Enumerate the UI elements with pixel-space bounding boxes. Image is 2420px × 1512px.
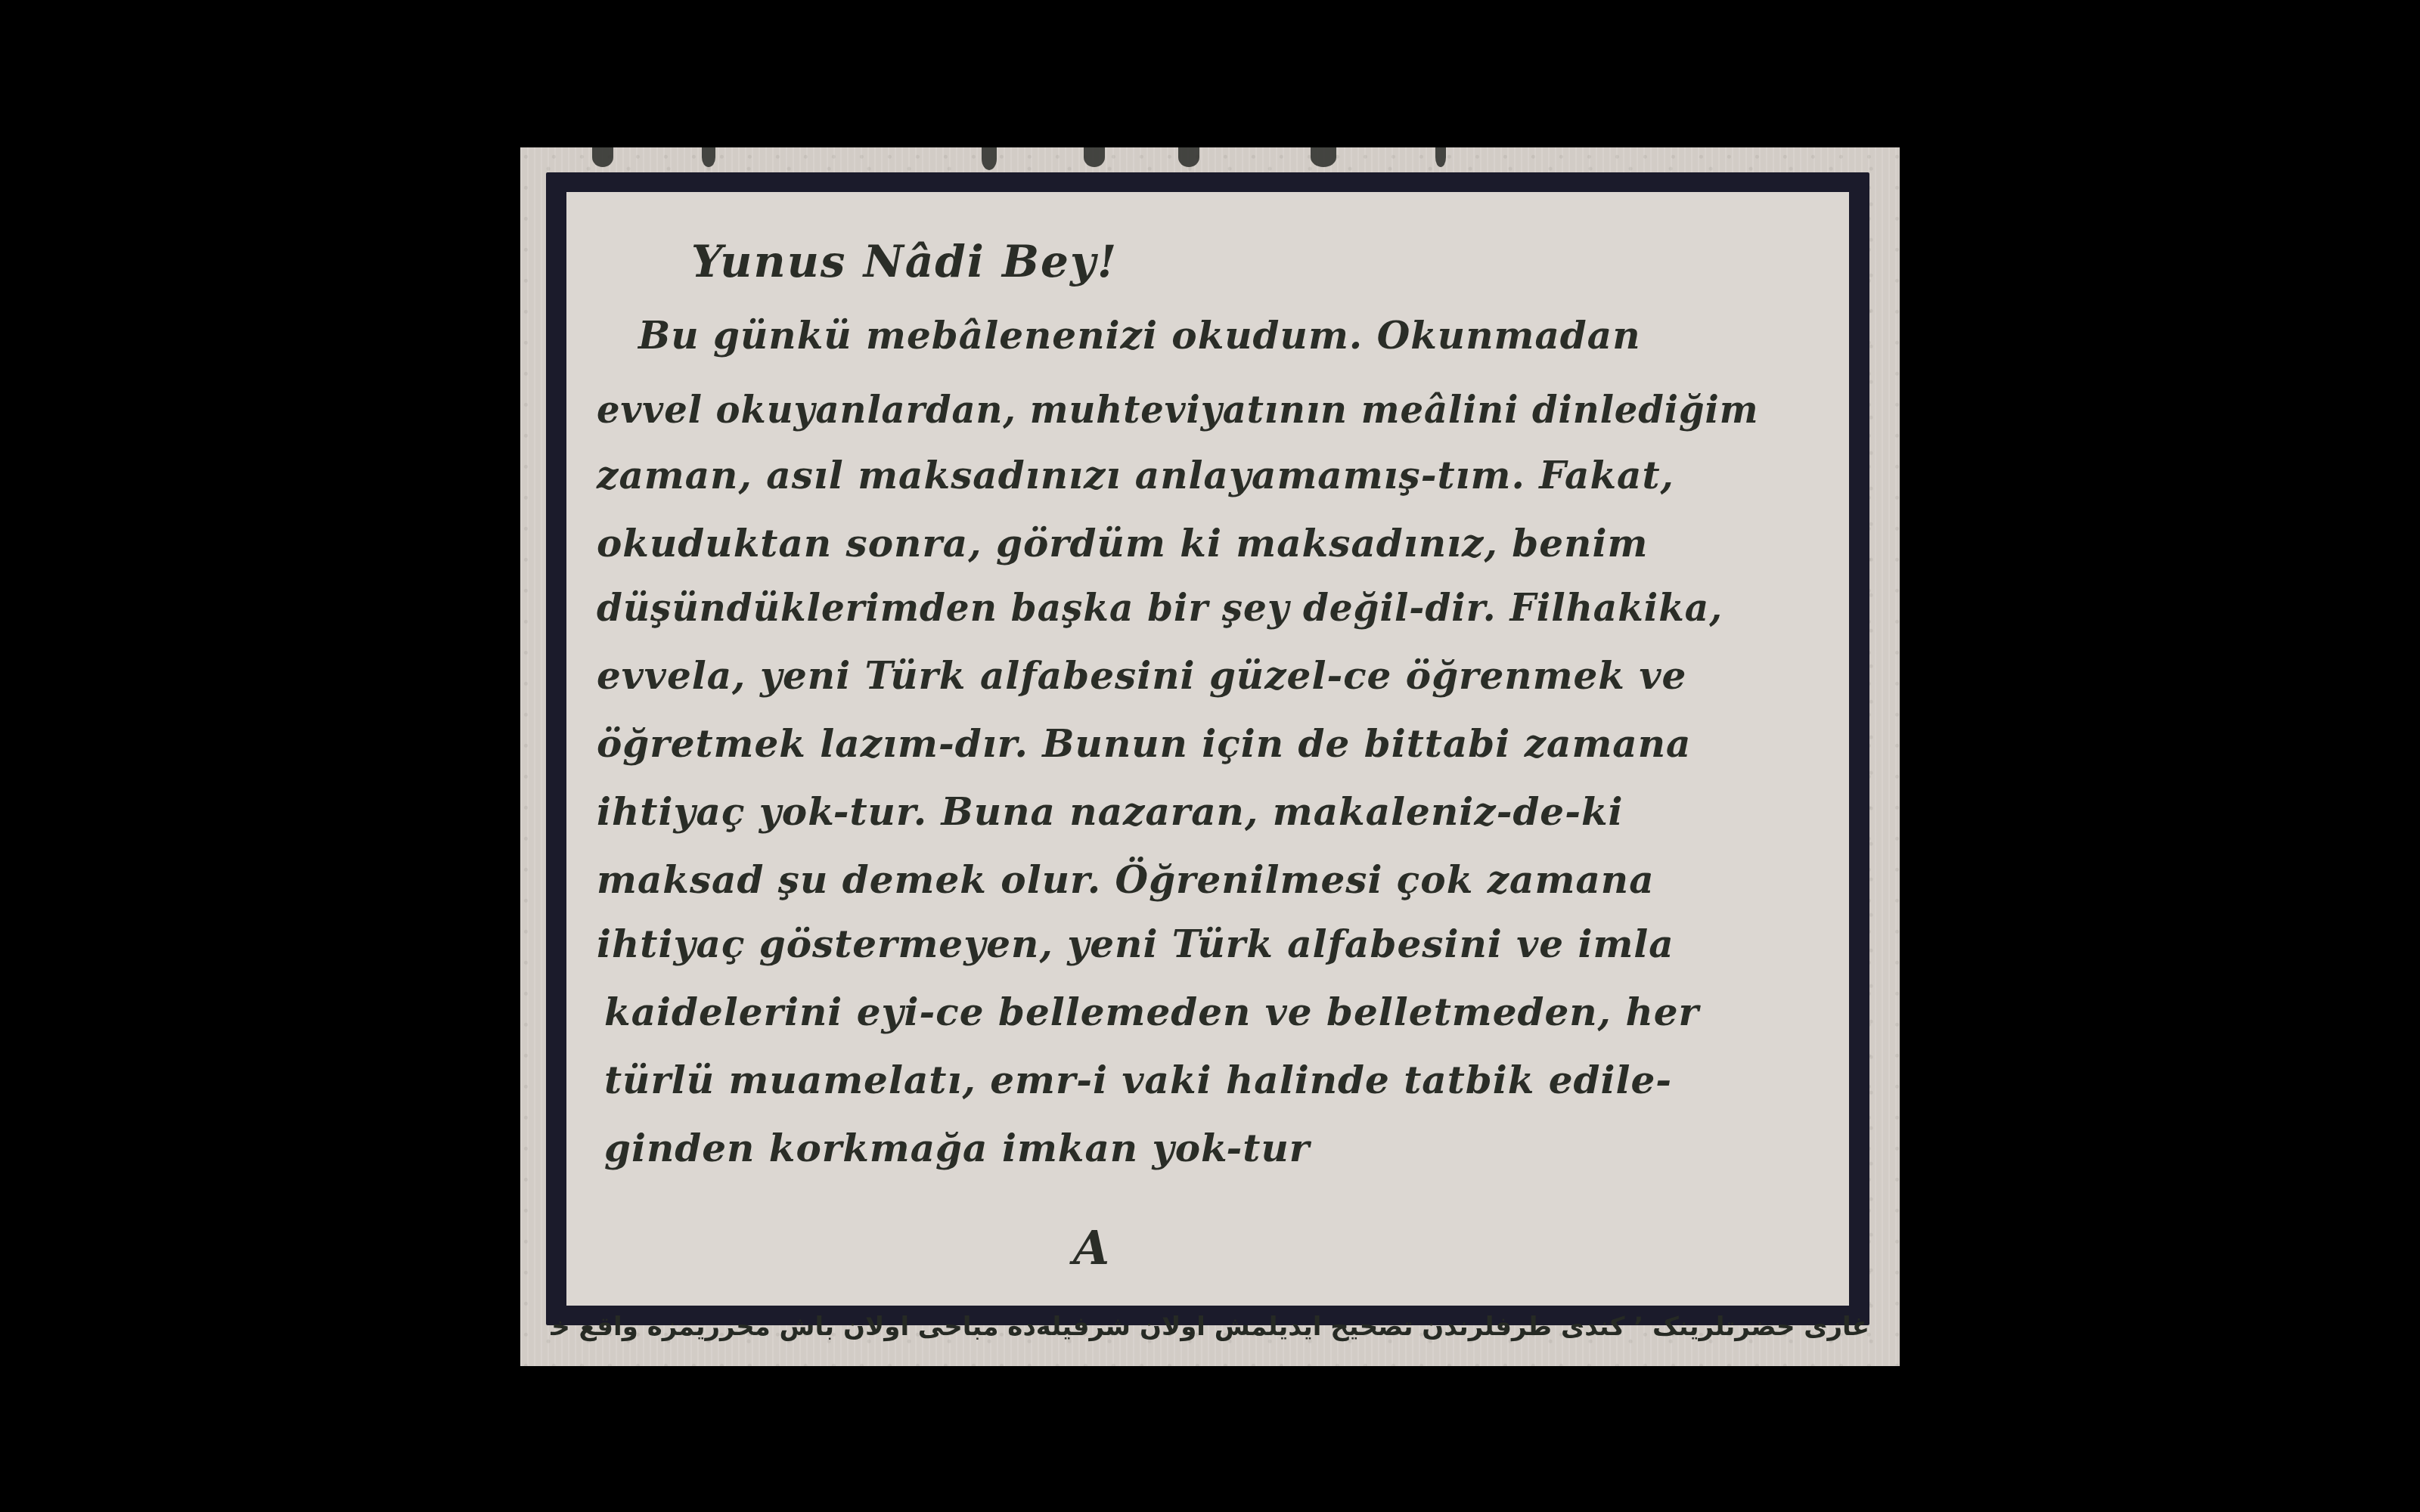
letter-line: düşündüklerimden başka bir şey değil-dir…: [597, 585, 1723, 630]
handwritten-letter: Yunus Nâdi Bey! Bu günkü mebâlenenizi ok…: [566, 192, 1849, 1306]
letter-line: ihtiyaç göstermeyen, yeni Türk alfabesin…: [597, 922, 1674, 966]
letter-line: evvela, yeni Türk alfabesini güzel-ce öğ…: [597, 653, 1686, 698]
viewer-stage: Yunus Nâdi Bey! Bu günkü mebâlenenizi ok…: [0, 0, 2420, 1512]
letter-line: öğretmek lazım-dır. Bunun için de bittab…: [597, 721, 1692, 766]
letter-line: okuduktan sonra, gördüm ki maksadınız, b…: [597, 521, 1648, 565]
letter-line: zaman, asıl maksadınızı anlayamamış-tım.…: [597, 453, 1674, 497]
cut-off-headline-remnants: [520, 147, 1900, 170]
newspaper-page: Yunus Nâdi Bey! Bu günkü mebâlenenizi ok…: [520, 147, 1900, 1366]
signature: A: [1073, 1220, 1109, 1275]
letter-line: evvel okuyanlardan, muhteviyatının meâli…: [597, 387, 1759, 432]
letter-frame: Yunus Nâdi Bey! Bu günkü mebâlenenizi ok…: [546, 172, 1869, 1325]
ottoman-caption: غازی حضرتلرینک ٬ کندی طرفلرندن تصحیح اید…: [551, 1312, 1869, 1357]
letter-line: Bu günkü mebâlenenizi okudum. Okunmadan: [638, 313, 1641, 358]
letter-line: maksad şu demek olur. Öğrenilmesi çok za…: [597, 857, 1655, 902]
letter-line: ihtiyaç yok-tur. Buna nazaran, makaleniz…: [597, 789, 1624, 834]
letter-salutation: Yunus Nâdi Bey!: [691, 236, 1118, 287]
letter-line: kaidelerini eyi-ce bellemeden ve belletm…: [604, 990, 1699, 1034]
letter-line: türlü muamelatı, emr-i vaki halinde tatb…: [604, 1058, 1672, 1102]
letter-line: ginden korkmağa imkan yok-tur: [604, 1126, 1310, 1170]
